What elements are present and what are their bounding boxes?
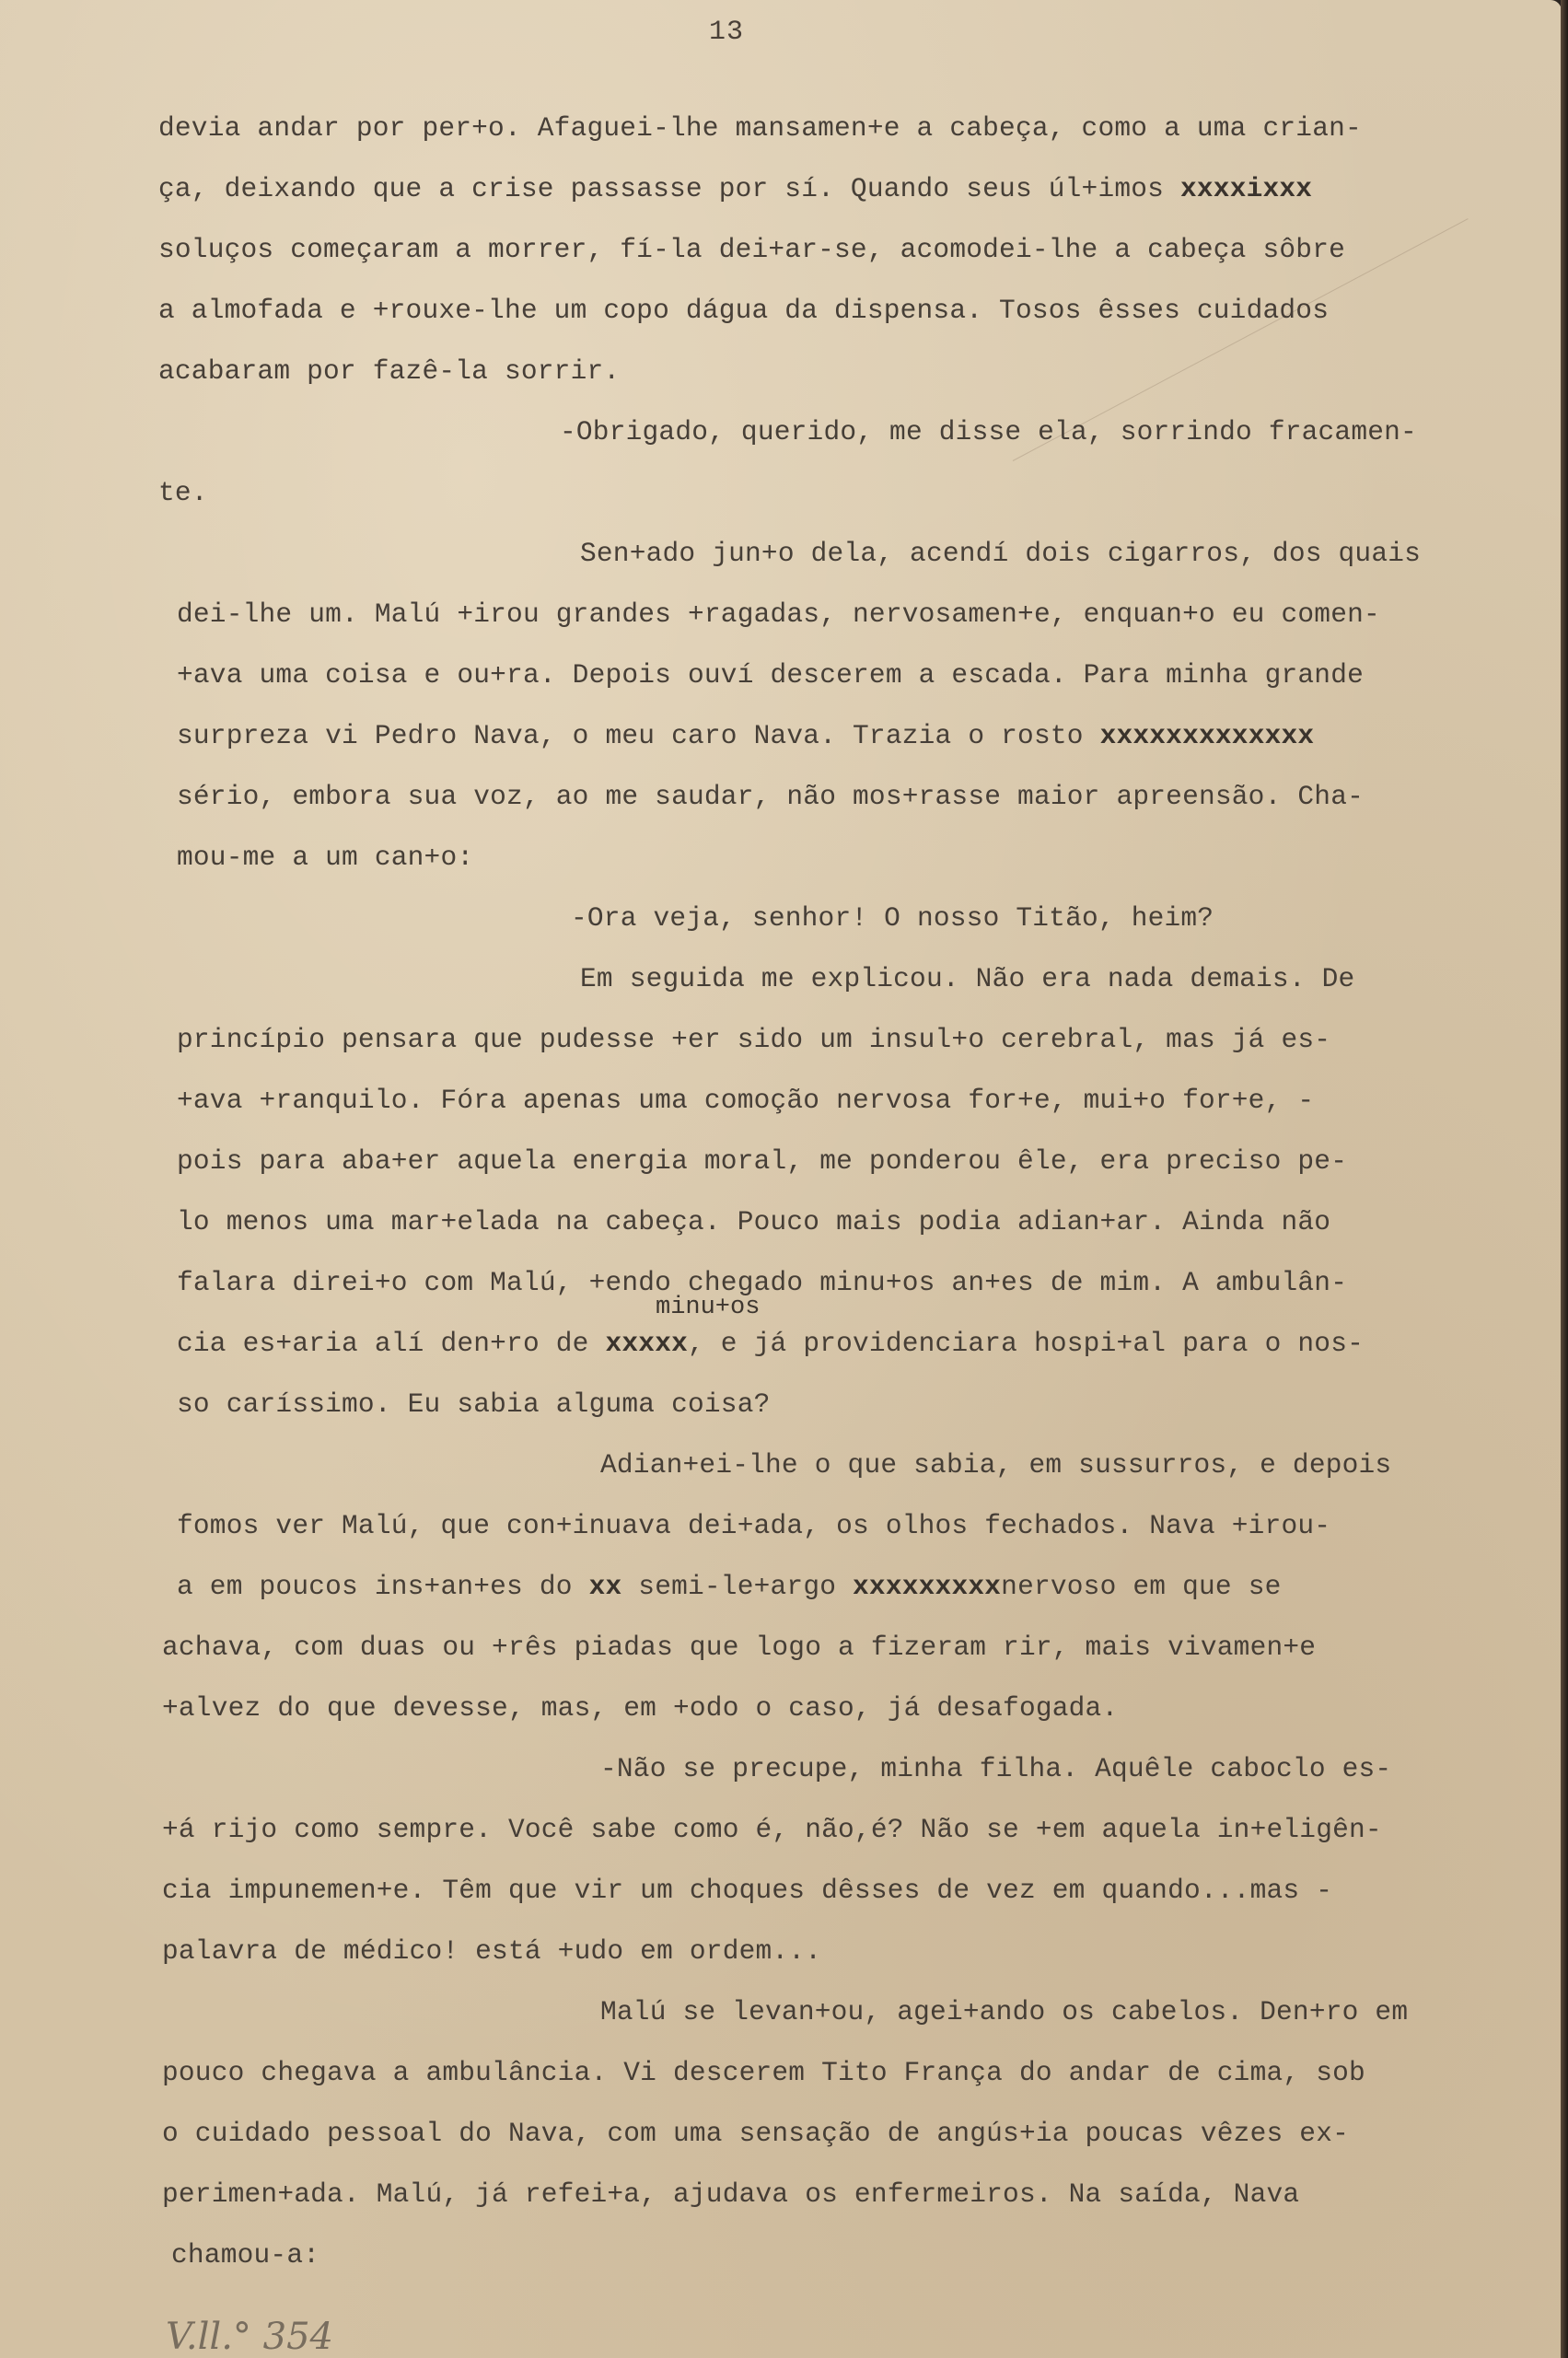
page-number: 13 — [709, 17, 744, 48]
line-text: Malú se levan+ou, agei+ando os cabelos. … — [600, 1996, 1408, 2027]
handwritten-archive-mark: V.ll.° 354 — [166, 2316, 333, 2358]
line-text: a em poucos ins+an+es do — [177, 1571, 589, 1602]
typed-line: cia es+aria alí den+ro de xxxxx, e já pr… — [177, 1328, 1364, 1359]
line-text: princípio pensara que pudesse +er sido u… — [177, 1024, 1330, 1055]
typed-line: Em seguida me explicou. Não era nada dem… — [580, 963, 1354, 994]
typed-line: perimen+ada. Malú, já refei+a, ajudava o… — [162, 2178, 1299, 2210]
line-text: soluços começaram a morrer, fí-la dei+ar… — [158, 234, 1345, 265]
line-text: cia es+aria alí den+ro de — [177, 1328, 605, 1359]
line-text: falara direi+o com Malú, +endo chegado m… — [177, 1267, 1347, 1298]
line-text: chamou-a: — [171, 2239, 319, 2271]
typed-line: +á rijo como sempre. Você sabe como é, n… — [162, 1814, 1382, 1845]
typed-line: dei-lhe um. Malú +irou grandes +ragadas,… — [177, 598, 1380, 630]
line-text: devia andar por per+o. Afaguei-lhe mansa… — [158, 112, 1362, 144]
typed-line: mou-me a um can+o: — [177, 842, 473, 873]
struck-out-text: xxxxx — [605, 1328, 688, 1359]
line-text: ça, deixando que a crise passasse por sí… — [158, 173, 1180, 204]
typed-line: achava, com duas ou +rês piadas que logo… — [162, 1632, 1316, 1663]
typed-line: soluços começaram a morrer, fí-la dei+ar… — [158, 234, 1345, 265]
typed-line: so caríssimo. Eu sabia alguma coisa? — [177, 1388, 771, 1420]
typed-line: cia impunemen+e. Têm que vir um choques … — [162, 1875, 1332, 1906]
line-text: sério, embora sua voz, ao me saudar, não… — [177, 781, 1364, 812]
line-text: perimen+ada. Malú, já refei+a, ajudava o… — [162, 2178, 1299, 2210]
interlinear-correction: minu+os — [656, 1294, 760, 1321]
line-text: o cuidado pessoal do Nava, com uma sensa… — [162, 2118, 1349, 2149]
struck-out-text: xx — [589, 1571, 622, 1602]
typed-line: ça, deixando que a crise passasse por sí… — [158, 173, 1312, 204]
line-text: fomos ver Malú, que con+inuava dei+ada, … — [177, 1510, 1330, 1541]
typed-line: Adian+ei-lhe o que sabia, em sussurros, … — [600, 1449, 1391, 1481]
line-text: +ava uma coisa e ou+ra. Depois ouví desc… — [177, 659, 1364, 691]
typed-line: +ava +ranquilo. Fóra apenas uma comoção … — [177, 1085, 1314, 1116]
typed-line: a em poucos ins+an+es do xx semi-le+argo… — [177, 1571, 1282, 1602]
typed-line: devia andar por per+o. Afaguei-lhe mansa… — [158, 112, 1362, 144]
struck-out-text: xxxxixxx — [1180, 173, 1312, 204]
line-text: mou-me a um can+o: — [177, 842, 473, 873]
line-text: -Ora veja, senhor! O nosso Titão, heim? — [571, 902, 1214, 934]
line-text: Adian+ei-lhe o que sabia, em sussurros, … — [600, 1449, 1391, 1481]
typed-line: o cuidado pessoal do Nava, com uma sensa… — [162, 2118, 1349, 2149]
line-text: lo menos uma mar+elada na cabeça. Pouco … — [177, 1206, 1330, 1237]
line-text: palavra de médico! está +udo em ordem... — [162, 1935, 821, 1967]
line-text: +alvez do que devesse, mas, em +odo o ca… — [162, 1692, 1118, 1724]
typed-line: lo menos uma mar+elada na cabeça. Pouco … — [177, 1206, 1330, 1237]
typed-line: Sen+ado jun+o dela, acendí dois cigarros… — [580, 538, 1421, 569]
line-text: dei-lhe um. Malú +irou grandes +ragadas,… — [177, 598, 1380, 630]
line-text: +á rijo como sempre. Você sabe como é, n… — [162, 1814, 1382, 1845]
typed-line: falara direi+o com Malú, +endo chegado m… — [177, 1267, 1347, 1298]
line-text: acabaram por fazê-la sorrir. — [158, 355, 620, 387]
line-text: -Não se precupe, minha filha. Aquêle cab… — [600, 1753, 1391, 1784]
typed-line: pouco chegava a ambulância. Vi descerem … — [162, 2057, 1365, 2088]
line-text: , e já providenciara hospi+al para o nos… — [688, 1328, 1364, 1359]
typed-line: te. — [158, 477, 208, 508]
typed-line: -Ora veja, senhor! O nosso Titão, heim? — [571, 902, 1214, 934]
typed-line: fomos ver Malú, que con+inuava dei+ada, … — [177, 1510, 1330, 1541]
typed-line: surpreza vi Pedro Nava, o meu caro Nava.… — [177, 720, 1314, 751]
struck-out-text: xxxxxxxxxxxxx — [1100, 720, 1315, 751]
typed-line: chamou-a: — [171, 2239, 319, 2271]
typed-line: pois para aba+er aquela energia moral, m… — [177, 1145, 1347, 1177]
line-text: semi-le+argo — [621, 1571, 853, 1602]
typed-line: +ava uma coisa e ou+ra. Depois ouví desc… — [177, 659, 1364, 691]
line-text: Em seguida me explicou. Não era nada dem… — [580, 963, 1354, 994]
page-edge-shadow — [1561, 0, 1568, 2358]
typed-line: palavra de médico! está +udo em ordem... — [162, 1935, 821, 1967]
line-text: surpreza vi Pedro Nava, o meu caro Nava.… — [177, 720, 1100, 751]
line-text: pois para aba+er aquela energia moral, m… — [177, 1145, 1347, 1177]
typed-line: a almofada e +rouxe-lhe um copo dágua da… — [158, 295, 1329, 326]
typed-line: acabaram por fazê-la sorrir. — [158, 355, 620, 387]
typed-line: sério, embora sua voz, ao me saudar, não… — [177, 781, 1364, 812]
typed-line: princípio pensara que pudesse +er sido u… — [177, 1024, 1330, 1055]
line-text: +ava +ranquilo. Fóra apenas uma comoção … — [177, 1085, 1314, 1116]
line-text: a almofada e +rouxe-lhe um copo dágua da… — [158, 295, 1329, 326]
struck-out-text: xxxxxxxxx — [853, 1571, 1001, 1602]
typed-line: -Não se precupe, minha filha. Aquêle cab… — [600, 1753, 1391, 1784]
line-text: nervoso em que se — [1001, 1571, 1281, 1602]
document-page: 13 devia andar por per+o. Afaguei-lhe ma… — [0, 0, 1562, 2358]
line-text: so caríssimo. Eu sabia alguma coisa? — [177, 1388, 771, 1420]
line-text: -Obrigado, querido, me disse ela, sorrin… — [560, 416, 1417, 447]
line-text: achava, com duas ou +rês piadas que logo… — [162, 1632, 1316, 1663]
line-text: cia impunemen+e. Têm que vir um choques … — [162, 1875, 1332, 1906]
line-text: pouco chegava a ambulância. Vi descerem … — [162, 2057, 1365, 2088]
typed-line: Malú se levan+ou, agei+ando os cabelos. … — [600, 1996, 1408, 2027]
typed-line: +alvez do que devesse, mas, em +odo o ca… — [162, 1692, 1118, 1724]
typed-line: -Obrigado, querido, me disse ela, sorrin… — [560, 416, 1417, 447]
line-text: Sen+ado jun+o dela, acendí dois cigarros… — [580, 538, 1421, 569]
line-text: te. — [158, 477, 208, 508]
